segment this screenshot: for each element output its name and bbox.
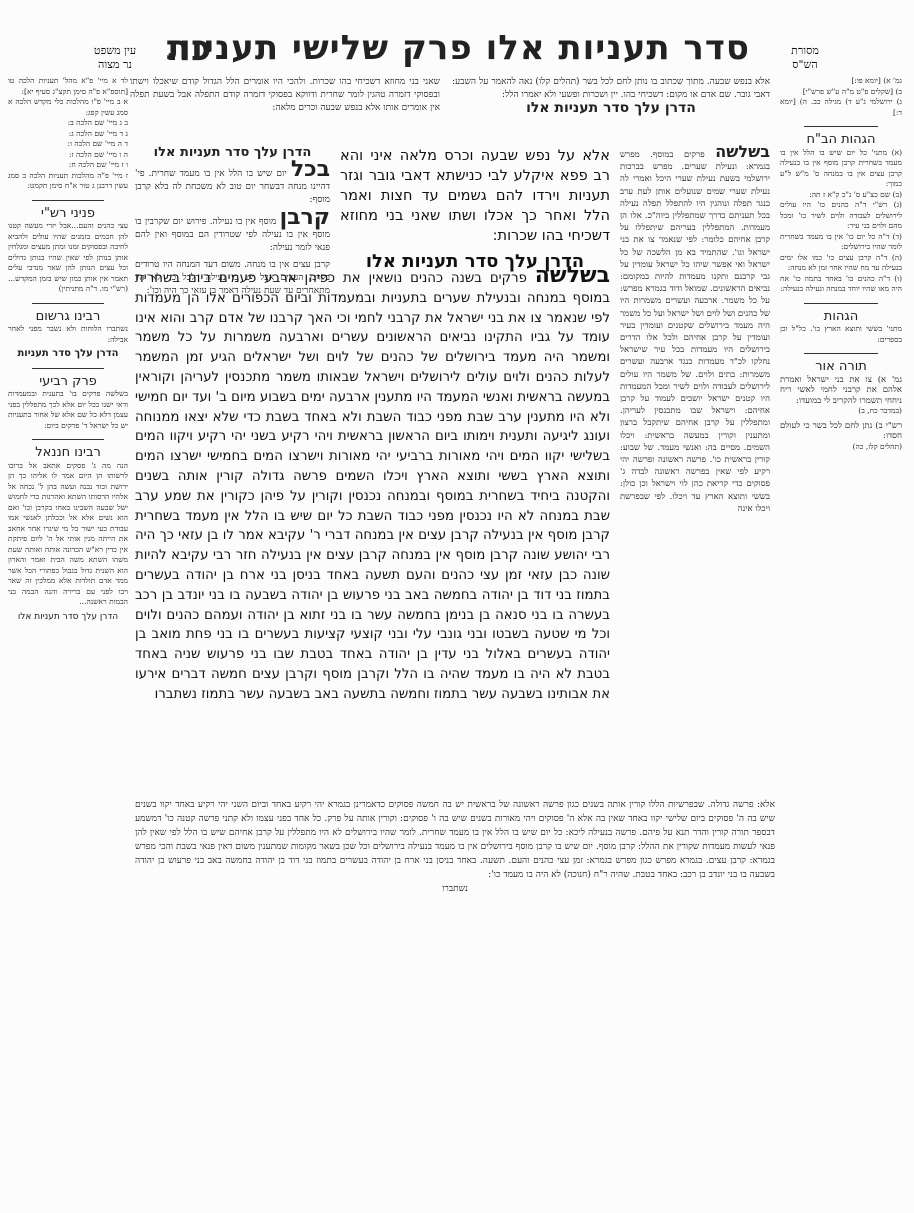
rabbeinu-gershom-text: נשתברו הלוחות ולא נשבר מפני לאחר אבילה: <box>8 324 128 345</box>
rashi-text: פרקים במוסף. מפרש בגמרא: ונעילת שערים. מ… <box>620 150 770 514</box>
rashi-column: בשלשה פרקים במוסף. מפרש בגמרא: ונעילת שע… <box>620 146 770 515</box>
torah-or-ref-2: (תהלים קלו, כה) <box>780 442 902 453</box>
gemara-top-text: אלא על נפש שבעה וכרס מלאה איני והא רב פפ… <box>340 146 610 246</box>
mishnah-opening-word: בשלשה <box>535 263 610 288</box>
hagahot-item: (א) מתני' כל יום שיש בו הלל אין בו מעמד … <box>780 148 902 190</box>
rashi-bottom-text: אלא: פרשה גדולה. שבפרשיות הללו קורין אות… <box>135 798 775 882</box>
ornament-divider <box>32 303 104 304</box>
ner-mitzvah-label: נר מצוה <box>80 58 150 72</box>
ein-mishpat-label: עין משפט <box>80 44 150 58</box>
ein-mishpat-header: עין משפט נר מצוה <box>80 44 150 72</box>
masoret-ref-2: ג) ירושלמי ג"ע ד) מגילה כב. ה) [יומא ד:] <box>780 97 902 118</box>
ornament-divider <box>32 368 104 369</box>
perek-revii-title: פרק רביעי <box>8 377 128 388</box>
pninei-rashi-title: פניני רש"י <box>8 209 128 220</box>
ornament-divider <box>32 200 104 201</box>
torah-or-ref-1: (במדבר כח, ב) <box>780 406 902 417</box>
rashi-top-text: אלא בנפש שבעה. מתוך שכתוב בו נותן לחם לכ… <box>452 76 770 102</box>
torah-or-text-1: גמ' א) צו את בני ישראל ואמרת אלהם את קרב… <box>780 375 902 407</box>
masoret-label: מסורת <box>770 44 840 58</box>
tosafot-entry-1: בכל יום שיש בו הלל אין בו מעמד שחרית. פי… <box>135 163 330 207</box>
ornament-divider <box>804 303 877 304</box>
masoret-ref-0: גמ' א) [יומא פו:] <box>780 76 902 87</box>
hagahot-habach-title: הגהות הב"ח <box>780 135 902 146</box>
tosafot-dibur-1: בכל <box>291 157 330 182</box>
hagahot-text: מתני' בששי ותוצא הארץ כו'. כל"ל וכן בספר… <box>780 324 902 345</box>
rashi-top-block: אלא בנפש שבעה. מתוך שכתוב בו נותן לחם לכ… <box>452 76 770 115</box>
ein-mishpat-entry: ז מיי' פ"ה מהלכות תעניות הלכה ב סמג עשין… <box>8 171 128 192</box>
ornament-divider <box>32 439 104 440</box>
hagahot-item: (ו) ד"ה כהנים כו' באחד בתמוז כו' אח היה … <box>780 274 902 295</box>
torah-or-text-2: רש"י ב) נתן לחם לכל בשר כי לעולם חסדו: <box>780 421 902 442</box>
masoret-ref-1: ב) [שקלים פ"ט מ"ה ע"ש פרש"י] <box>780 87 902 98</box>
rashi-heading: בשלשה <box>715 142 770 161</box>
ornament-divider <box>804 353 877 354</box>
hashas-label: הש"ס <box>770 58 840 72</box>
hagahot-title: הגהות <box>780 312 902 323</box>
rabbeinu-chananel-text: הנה מה ג' פסקים אתאב אל ברוכו לרשותו הן … <box>8 461 128 608</box>
rashi-last-word: נשתברו <box>135 882 775 896</box>
hagahot-item: (ג) רש"י ד"ה כהנים כו' היו עולים לירושלי… <box>780 200 902 232</box>
hagahot-item: (ד) ד"ה כל יום כו' אין בו מעמד בשחרית לו… <box>780 232 902 253</box>
pninei-rashi-text: עצי כהנים והעם...אבל יזרי מעשה קטנו להן … <box>8 221 128 295</box>
chananel-hadran: הדרן עלך סדר תעניות אלו <box>8 612 128 623</box>
ein-mishpat-entry: לד א מיי' פ"א מהל' תעניות הלכה טו [תוספ"… <box>8 76 128 97</box>
tosafot-top-block: שאני בני מחוזא דשכיחי בהו שכרות. ולהכי ה… <box>130 76 440 115</box>
ein-mishpat-entry: ו ז מיי' שם הלכה ח: <box>8 160 128 171</box>
right-margin-column: גמ' א) [יומא פו:] ב) [שקלים פ"ט מ"ה ע"ש … <box>780 76 902 452</box>
gemara-top: אלא על נפש שבעה וכרס מלאה איני והא רב פפ… <box>340 146 610 272</box>
hagahot-item: (ב) שם כצ"ע ס' נ"כ ק"א ז תה: <box>780 190 902 201</box>
mishnah-main-text: פרקים בשנה כהנים נושאין את כפיהן ארבע פע… <box>135 271 610 702</box>
rabbeinu-gershom-title: רבינו גרשום <box>8 312 128 323</box>
ornament-divider <box>804 126 877 127</box>
torah-or-title: תורה אור <box>780 362 902 373</box>
ein-mishpat-entry: ג ד מיי' שם הלכה ג: <box>8 129 128 140</box>
tosafot-dibur-2: קרבן <box>280 205 330 230</box>
hagahot-item: (ה) ד"ה קרבן עצים כו' כמו אלו ימים בנעיל… <box>780 253 902 274</box>
tosafot-entry-2: קרבן מוסף אין בו נעילה. פירוש יום שקרבין… <box>135 211 330 255</box>
gershom-hadran: הדרן עלך סדר תעניות <box>8 349 128 360</box>
tosafot-top-text: שאני בני מחוזא דשכיחי בהו שכרות. ולהכי ה… <box>130 76 440 115</box>
rashi-hadran: הדרן עלך סדר תעניות אלו <box>452 102 770 115</box>
rabbeinu-chananel-title: רבינו חננאל <box>8 448 128 459</box>
page-title: סדר תעניות אלו פרק שלישי תעניות <box>330 28 750 68</box>
ein-mishpat-entry: ה ו מיי' שם הלכה ז: <box>8 150 128 161</box>
ein-mishpat-entry: א ב מיי' פ"ו מהלכות כלי מקדש הלכה א סמג … <box>8 97 128 118</box>
left-margin-column: לד א מיי' פ"א מהל' תעניות הלכה טו [תוספ"… <box>8 76 128 624</box>
ein-mishpat-entry: ב ג מיי' שם הלכה ב: <box>8 118 128 129</box>
perek-revii-text: בשלשה פרקים בו' בתענית ובמעמדות ודאי ישנ… <box>8 389 128 431</box>
masoret-header: מסורת הש"ס <box>770 44 840 72</box>
mishnah-main: בשלשה פרקים בשנה כהנים נושאין את כפיהן א… <box>135 266 610 705</box>
daf-number: כו. <box>165 28 211 69</box>
ein-mishpat-entry: ד ה מיי' שם הלכה ו: <box>8 139 128 150</box>
rashi-bottom: אלא: פרשה גדולה. שבפרשיות הללו קורין אות… <box>135 798 775 896</box>
